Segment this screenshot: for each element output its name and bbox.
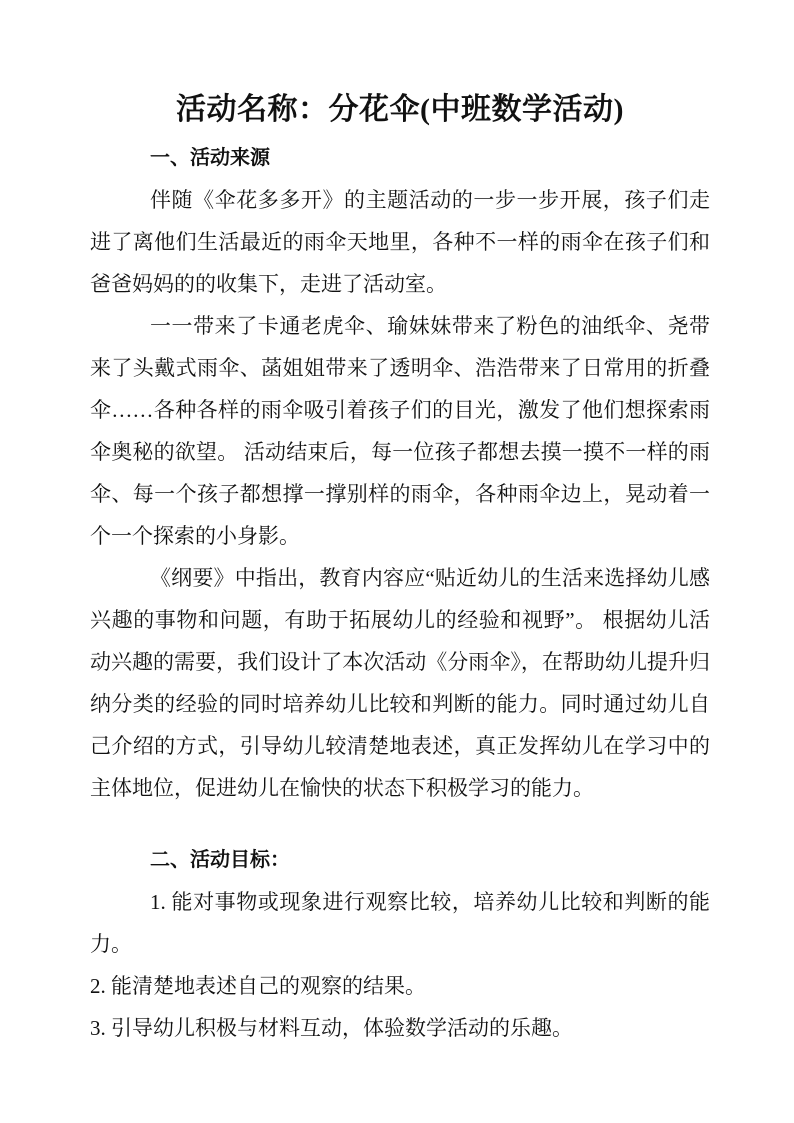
activity-source-paragraph-2: 一一带来了卡通老虎伞、瑜妹妹带来了粉色的油纸伞、尧带来了头戴式雨伞、菡姐姐带来了… xyxy=(90,305,710,557)
document-content: 活动名称：分花伞(中班数学活动) 一、活动来源 伴随《伞花多多开》的主题活动的一… xyxy=(90,88,710,1049)
activity-source-paragraph-3: 《纲要》中指出，教育内容应“贴近幼儿的生活来选择幼儿感兴趣的事物和问题，有助于拓… xyxy=(90,557,710,809)
document-page: 活动名称：分花伞(中班数学活动) 一、活动来源 伴随《伞花多多开》的主题活动的一… xyxy=(0,0,794,1123)
section-heading-activity-source: 一、活动来源 xyxy=(90,137,710,179)
goal-item-3: 3. 引导幼儿积极与材料互动，体验数学活动的乐趣。 xyxy=(90,1007,710,1049)
goal-item-2: 2. 能清楚地表述自己的观察的结果。 xyxy=(90,965,710,1007)
section-heading-activity-goals: 二、活动目标： xyxy=(90,839,710,881)
activity-source-paragraph-1: 伴随《伞花多多开》的主题活动的一步一步开展，孩子们走进了离他们生活最近的雨伞天地… xyxy=(90,179,710,305)
goal-item-1: 1. 能对事物或现象进行观察比较，培养幼儿比较和判断的能力。 xyxy=(90,881,710,965)
document-title: 活动名称：分花伞(中班数学活动) xyxy=(90,88,710,132)
